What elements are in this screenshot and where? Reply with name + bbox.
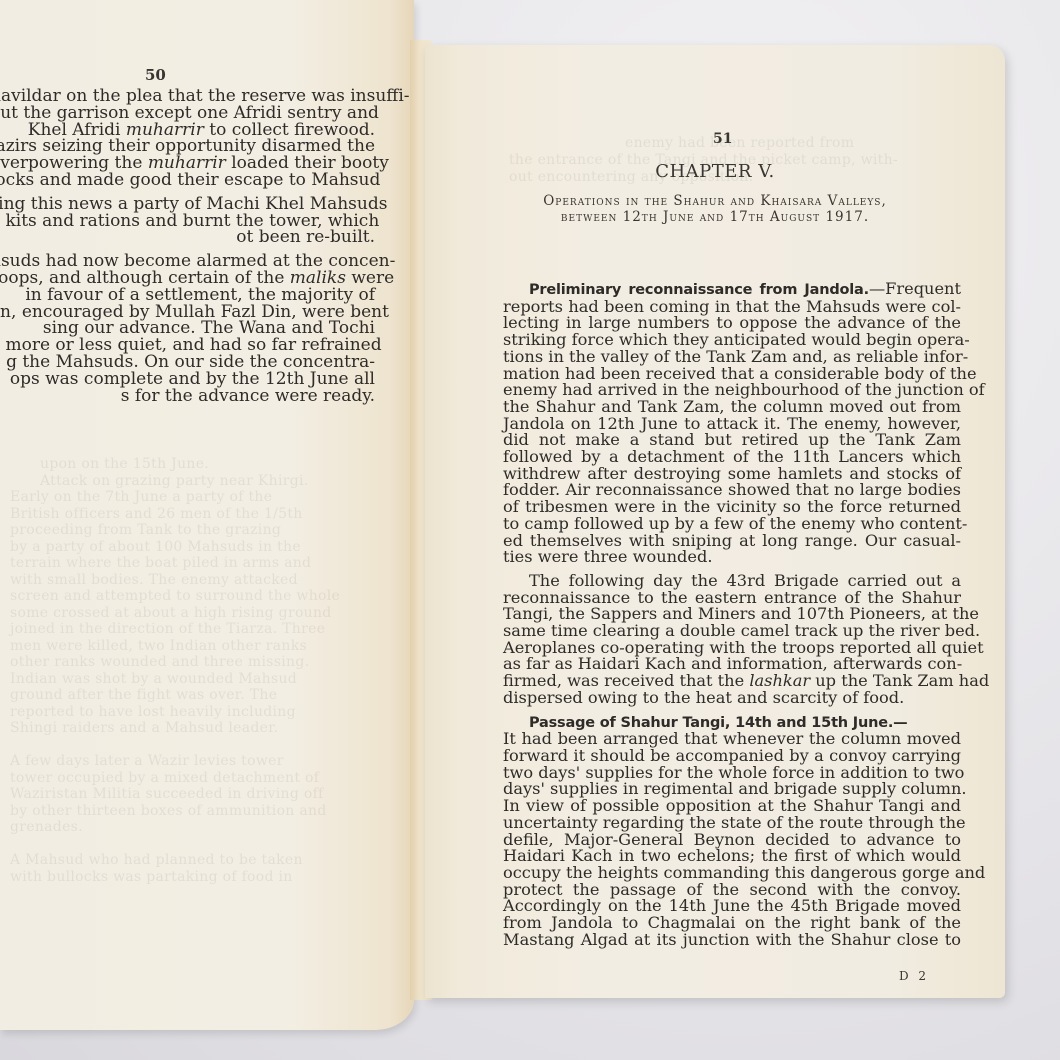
show-through-line: upon on the 15th June. bbox=[40, 456, 209, 472]
chapter-subtitle-line-1: Operations in the Shahur and Khaisara Va… bbox=[425, 194, 1005, 209]
text-line: dispersed owing to the heat and scarcity… bbox=[503, 690, 961, 707]
right-page: enemy had been reported fromthe entrance… bbox=[425, 45, 1005, 998]
show-through-line: Attack on grazing party near Khirgi. bbox=[40, 473, 309, 489]
text-line: ot been re-built. bbox=[0, 229, 375, 246]
chapter-title: CHAPTER V. bbox=[425, 161, 1005, 182]
left-page: 50 upon on the 15th June.Attack on grazi… bbox=[0, 0, 414, 1030]
show-through-line: men were killed, two Indian other ranks bbox=[10, 638, 307, 654]
text-line: locks and made good their escape to Mahs… bbox=[0, 172, 375, 189]
show-through-line: ground after the fight was over. The bbox=[10, 687, 277, 703]
text-line: s for the advance were ready. bbox=[0, 388, 375, 405]
show-through-line: A few days later a Wazir levies tower bbox=[10, 753, 284, 769]
left-page-body-text: havildar on the plea that the reserve wa… bbox=[0, 88, 375, 404]
show-through-line: other ranks wounded and three missing. bbox=[10, 654, 309, 670]
show-through-line: Early on the 7th June a party of the bbox=[10, 489, 272, 505]
show-through-line: Waziristan Militia succeeded in driving … bbox=[10, 786, 324, 802]
text-line: ties were three wounded. bbox=[503, 549, 961, 566]
text-line: tions in the valley of the Tank Zam and,… bbox=[503, 349, 961, 366]
show-through-line: by other thirteen boxes of ammunition an… bbox=[10, 803, 327, 819]
show-through-line: screen and attempted to surround the who… bbox=[10, 588, 340, 604]
section-heading: Preliminary reconnaissance from Jandola. bbox=[529, 282, 869, 298]
show-through-line: enemy had been reported from bbox=[625, 135, 854, 151]
show-through-line: reported to have lost heavily including bbox=[10, 704, 296, 720]
chapter-subtitle-line-2: between 12th June and 17th August 1917. bbox=[425, 210, 1005, 225]
show-through-line: with small bodies. The enemy attacked bbox=[10, 572, 298, 588]
show-through-line: some crossed at about a high rising grou… bbox=[10, 605, 332, 621]
show-through-line: proceeding from Tank to the grazing bbox=[10, 522, 281, 538]
show-through-line: joined in the direction of the Tiarza. T… bbox=[10, 621, 325, 637]
show-through-line: Shingi raiders and a Mahsud leader. bbox=[10, 720, 278, 736]
show-through-line: A Mahsud who had planned to be taken bbox=[10, 852, 303, 868]
show-through-line: British officers and 26 men of the 1/5th bbox=[10, 506, 303, 522]
show-through-line: terrain where the boat piled in arms and bbox=[10, 555, 311, 571]
left-page-number: 50 bbox=[145, 66, 166, 84]
show-through-line: with bullocks was partaking of food in bbox=[10, 869, 293, 885]
show-through-line: tower occupied by a mixed detachment of bbox=[10, 770, 319, 786]
text-line: uncertainty regarding the state of the r… bbox=[503, 815, 961, 832]
signature-mark: D 2 bbox=[899, 969, 929, 983]
show-through-line: grenades. bbox=[10, 819, 83, 835]
text-line: Mastang Algad at its junction with the S… bbox=[503, 932, 961, 949]
section-heading: Passage of Shahur Tangi, 14th and 15th J… bbox=[529, 715, 907, 731]
show-through-line: by a party of about 100 Mahsuds in the bbox=[10, 539, 301, 555]
right-page-number: 51 bbox=[713, 131, 732, 147]
show-through-line: Indian was shot by a wounded Mahsud bbox=[10, 671, 297, 687]
right-page-body-text: Preliminary reconnaissance from Jandola.… bbox=[503, 281, 961, 948]
